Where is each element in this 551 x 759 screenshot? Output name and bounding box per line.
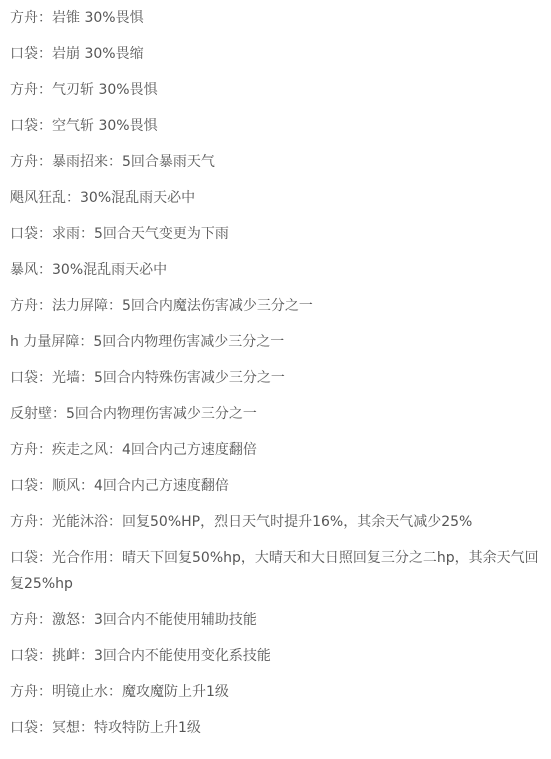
paragraph-line: 方舟：岩锥 30%畏惧: [10, 5, 541, 31]
paragraph-line: 口袋：光墙：5回合内特殊伤害减少三分之一: [10, 365, 541, 391]
paragraph-line: 飓风狂乱：30%混乱雨天必中: [10, 185, 541, 211]
paragraph-line: 口袋：岩崩 30%畏缩: [10, 41, 541, 67]
paragraph-line: 口袋：挑衅：3回合内不能使用变化系技能: [10, 643, 541, 669]
paragraph-line: 口袋：冥想：特攻特防上升1级: [10, 715, 541, 741]
paragraph-line: 口袋：空气斩 30%畏惧: [10, 113, 541, 139]
paragraph-line: 口袋：求雨：5回合天气变更为下雨: [10, 221, 541, 247]
paragraph-line: 口袋：顺风：4回合内己方速度翻倍: [10, 473, 541, 499]
paragraph-line: 方舟：明镜止水：魔攻魔防上升1级: [10, 679, 541, 705]
paragraph-line: 口袋：光合作用：晴天下回复50%hp，大晴天和大日照回复三分之二hp，其余天气回…: [10, 545, 541, 597]
paragraph-line: 反射壁：5回合内物理伤害减少三分之一: [10, 401, 541, 427]
paragraph-line: 方舟：疾走之风：4回合内己方速度翻倍: [10, 437, 541, 463]
paragraph-line: h 力量屏障：5回合内物理伤害减少三分之一: [10, 329, 541, 355]
article-body: 方舟：岩锥 30%畏惧 口袋：岩崩 30%畏缩 方舟：气刃斩 30%畏惧 口袋：…: [0, 0, 551, 759]
paragraph-line: 方舟：激怒：3回合内不能使用辅助技能: [10, 607, 541, 633]
paragraph-line: 方舟：法力屏障：5回合内魔法伤害减少三分之一: [10, 293, 541, 319]
paragraph-line: 暴风：30%混乱雨天必中: [10, 257, 541, 283]
paragraph-line: 方舟：暴雨招来：5回合暴雨天气: [10, 149, 541, 175]
paragraph-line: 方舟：光能沐浴：回复50%HP，烈日天气时提升16%，其余天气减少25%: [10, 509, 541, 535]
paragraph-line: 方舟：气刃斩 30%畏惧: [10, 77, 541, 103]
